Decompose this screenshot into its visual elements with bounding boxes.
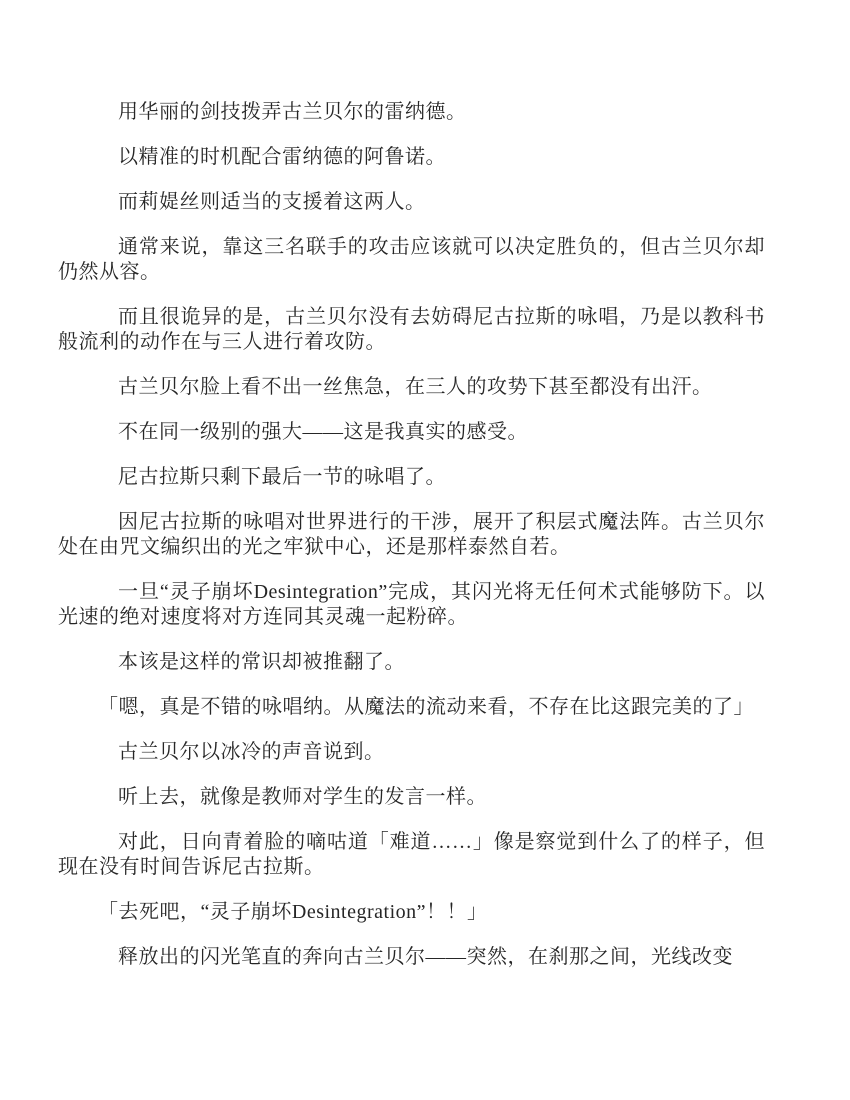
paragraph-5: 而且很诡异的是，古兰贝尔没有去妨碍尼古拉斯的咏唱，乃是以教科书般流利的动作在与三…: [58, 305, 765, 355]
paragraph-4: 通常来说，靠这三名联手的攻击应该就可以决定胜负的，但古兰贝尔却仍然从容。: [58, 235, 765, 285]
paragraph-1: 用华丽的剑技拨弄古兰贝尔的雷纳德。: [58, 100, 765, 125]
paragraph-6: 古兰贝尔脸上看不出一丝焦急，在三人的攻势下甚至都没有出汗。: [58, 375, 765, 400]
paragraph-3: 而莉媞丝则适当的支援着这两人。: [58, 190, 765, 215]
paragraph-9: 因尼古拉斯的咏唱对世界进行的干涉，展开了积层式魔法阵。古兰贝尔处在由咒文编织出的…: [58, 510, 765, 560]
paragraph-11: 本该是这样的常识却被推翻了。: [58, 650, 765, 675]
paragraph-12-dialogue: 「嗯，真是不错的咏唱纳。从魔法的流动来看，不存在比这跟完美的了」: [58, 695, 765, 720]
paragraph-10: 一旦“灵子崩坏Desintegration”完成，其闪光将无任何术式能够防下。以…: [58, 580, 765, 630]
paragraph-17: 释放出的闪光笔直的奔向古兰贝尔——突然，在刹那之间，光线改变: [58, 945, 765, 970]
novel-page: 用华丽的剑技拨弄古兰贝尔的雷纳德。 以精准的时机配合雷纳德的阿鲁诺。 而莉媞丝则…: [0, 0, 850, 1100]
paragraph-13: 古兰贝尔以冰冷的声音说到。: [58, 740, 765, 765]
paragraph-15: 对此，日向青着脸的嘀咕道「难道……」像是察觉到什么了的样子，但现在没有时间告诉尼…: [58, 830, 765, 880]
paragraph-14: 听上去，就像是教师对学生的发言一样。: [58, 785, 765, 810]
paragraph-7: 不在同一级别的强大——这是我真实的感受。: [58, 420, 765, 445]
paragraph-8: 尼古拉斯只剩下最后一节的咏唱了。: [58, 465, 765, 490]
paragraph-2: 以精准的时机配合雷纳德的阿鲁诺。: [58, 145, 765, 170]
paragraph-16-dialogue: 「去死吧，“灵子崩坏Desintegration”！！」: [58, 900, 765, 925]
